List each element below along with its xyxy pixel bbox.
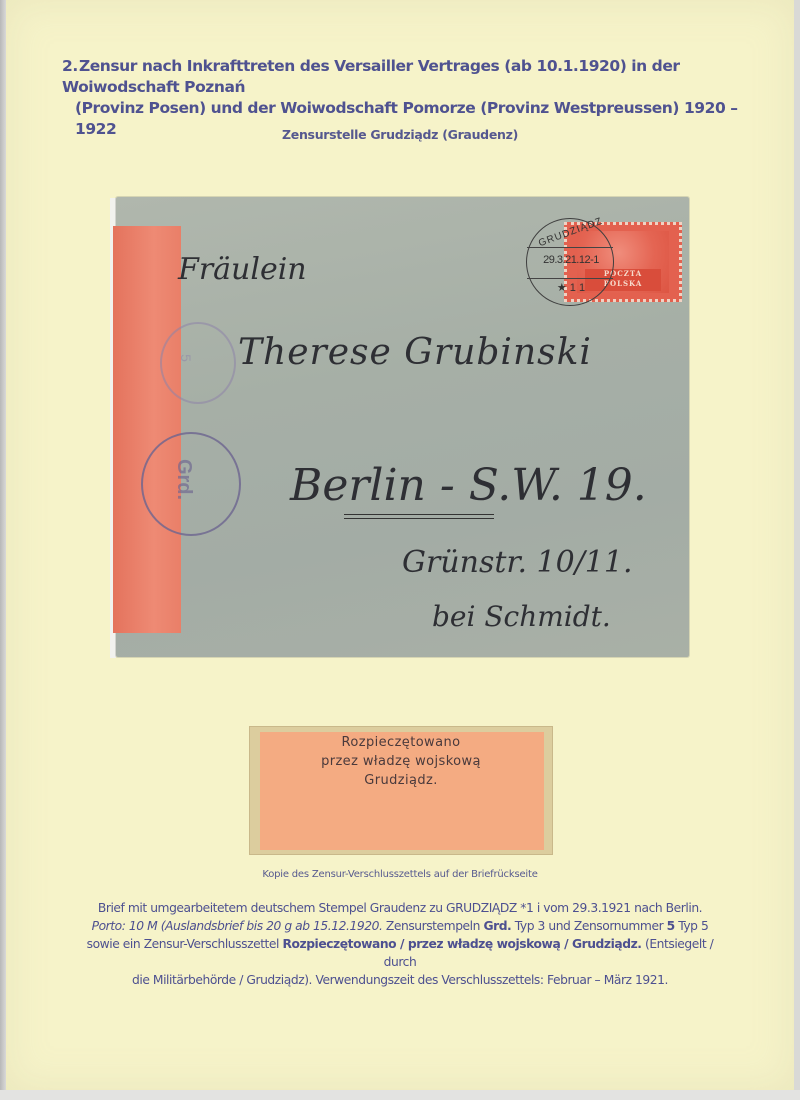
postmark-bottom: ★ 1 1 [527, 281, 615, 294]
postmark-date: 29.3.21.12-1 [529, 254, 613, 266]
address-name: Therese Grubinski [238, 332, 592, 373]
description-line-4: die Militärbehörde / Grudziądz). Verwend… [70, 971, 730, 989]
section-number: 2. [62, 56, 74, 77]
censor-number-stamp: 5 [160, 322, 236, 404]
censor-label-copy: Rozpieczętowano przez władzę wojskową Gr… [249, 726, 553, 855]
address-salutation: Fräulein [178, 252, 307, 287]
label-caption: Kopie des Zensur-Verschlusszettels auf d… [0, 869, 800, 880]
title-line-1: 2. Zensur nach Inkrafttreten des Versail… [62, 56, 762, 98]
censor-tape-strip [113, 226, 181, 633]
description: Brief mit umgearbeitetem deutschem Stemp… [70, 899, 730, 989]
page-bottom-edge [0, 1090, 800, 1100]
censor-grd-stamp: Grd. [141, 432, 241, 536]
description-line-3: sowie ein Zensur-Verschlusszettel Rozpie… [70, 935, 730, 971]
description-line-2: Porto: 10 M (Auslandsbrief bis 20 g ab 1… [70, 917, 730, 935]
address-care-of: bei Schmidt. [432, 600, 611, 633]
page-subtitle: Zensurstelle Grudziądz (Graudenz) [0, 127, 800, 142]
description-line-1: Brief mit umgearbeitetem deutschem Stemp… [70, 899, 730, 917]
postmark: GRUDZIĄDZ 29.3.21.12-1 ★ 1 1 [526, 218, 614, 306]
address-street: Grünstr. 10/11. [402, 545, 633, 580]
address-city: Berlin - S.W. 19. [290, 460, 647, 511]
censor-label-text: Rozpieczętowano przez władzę wojskową Gr… [250, 733, 552, 790]
